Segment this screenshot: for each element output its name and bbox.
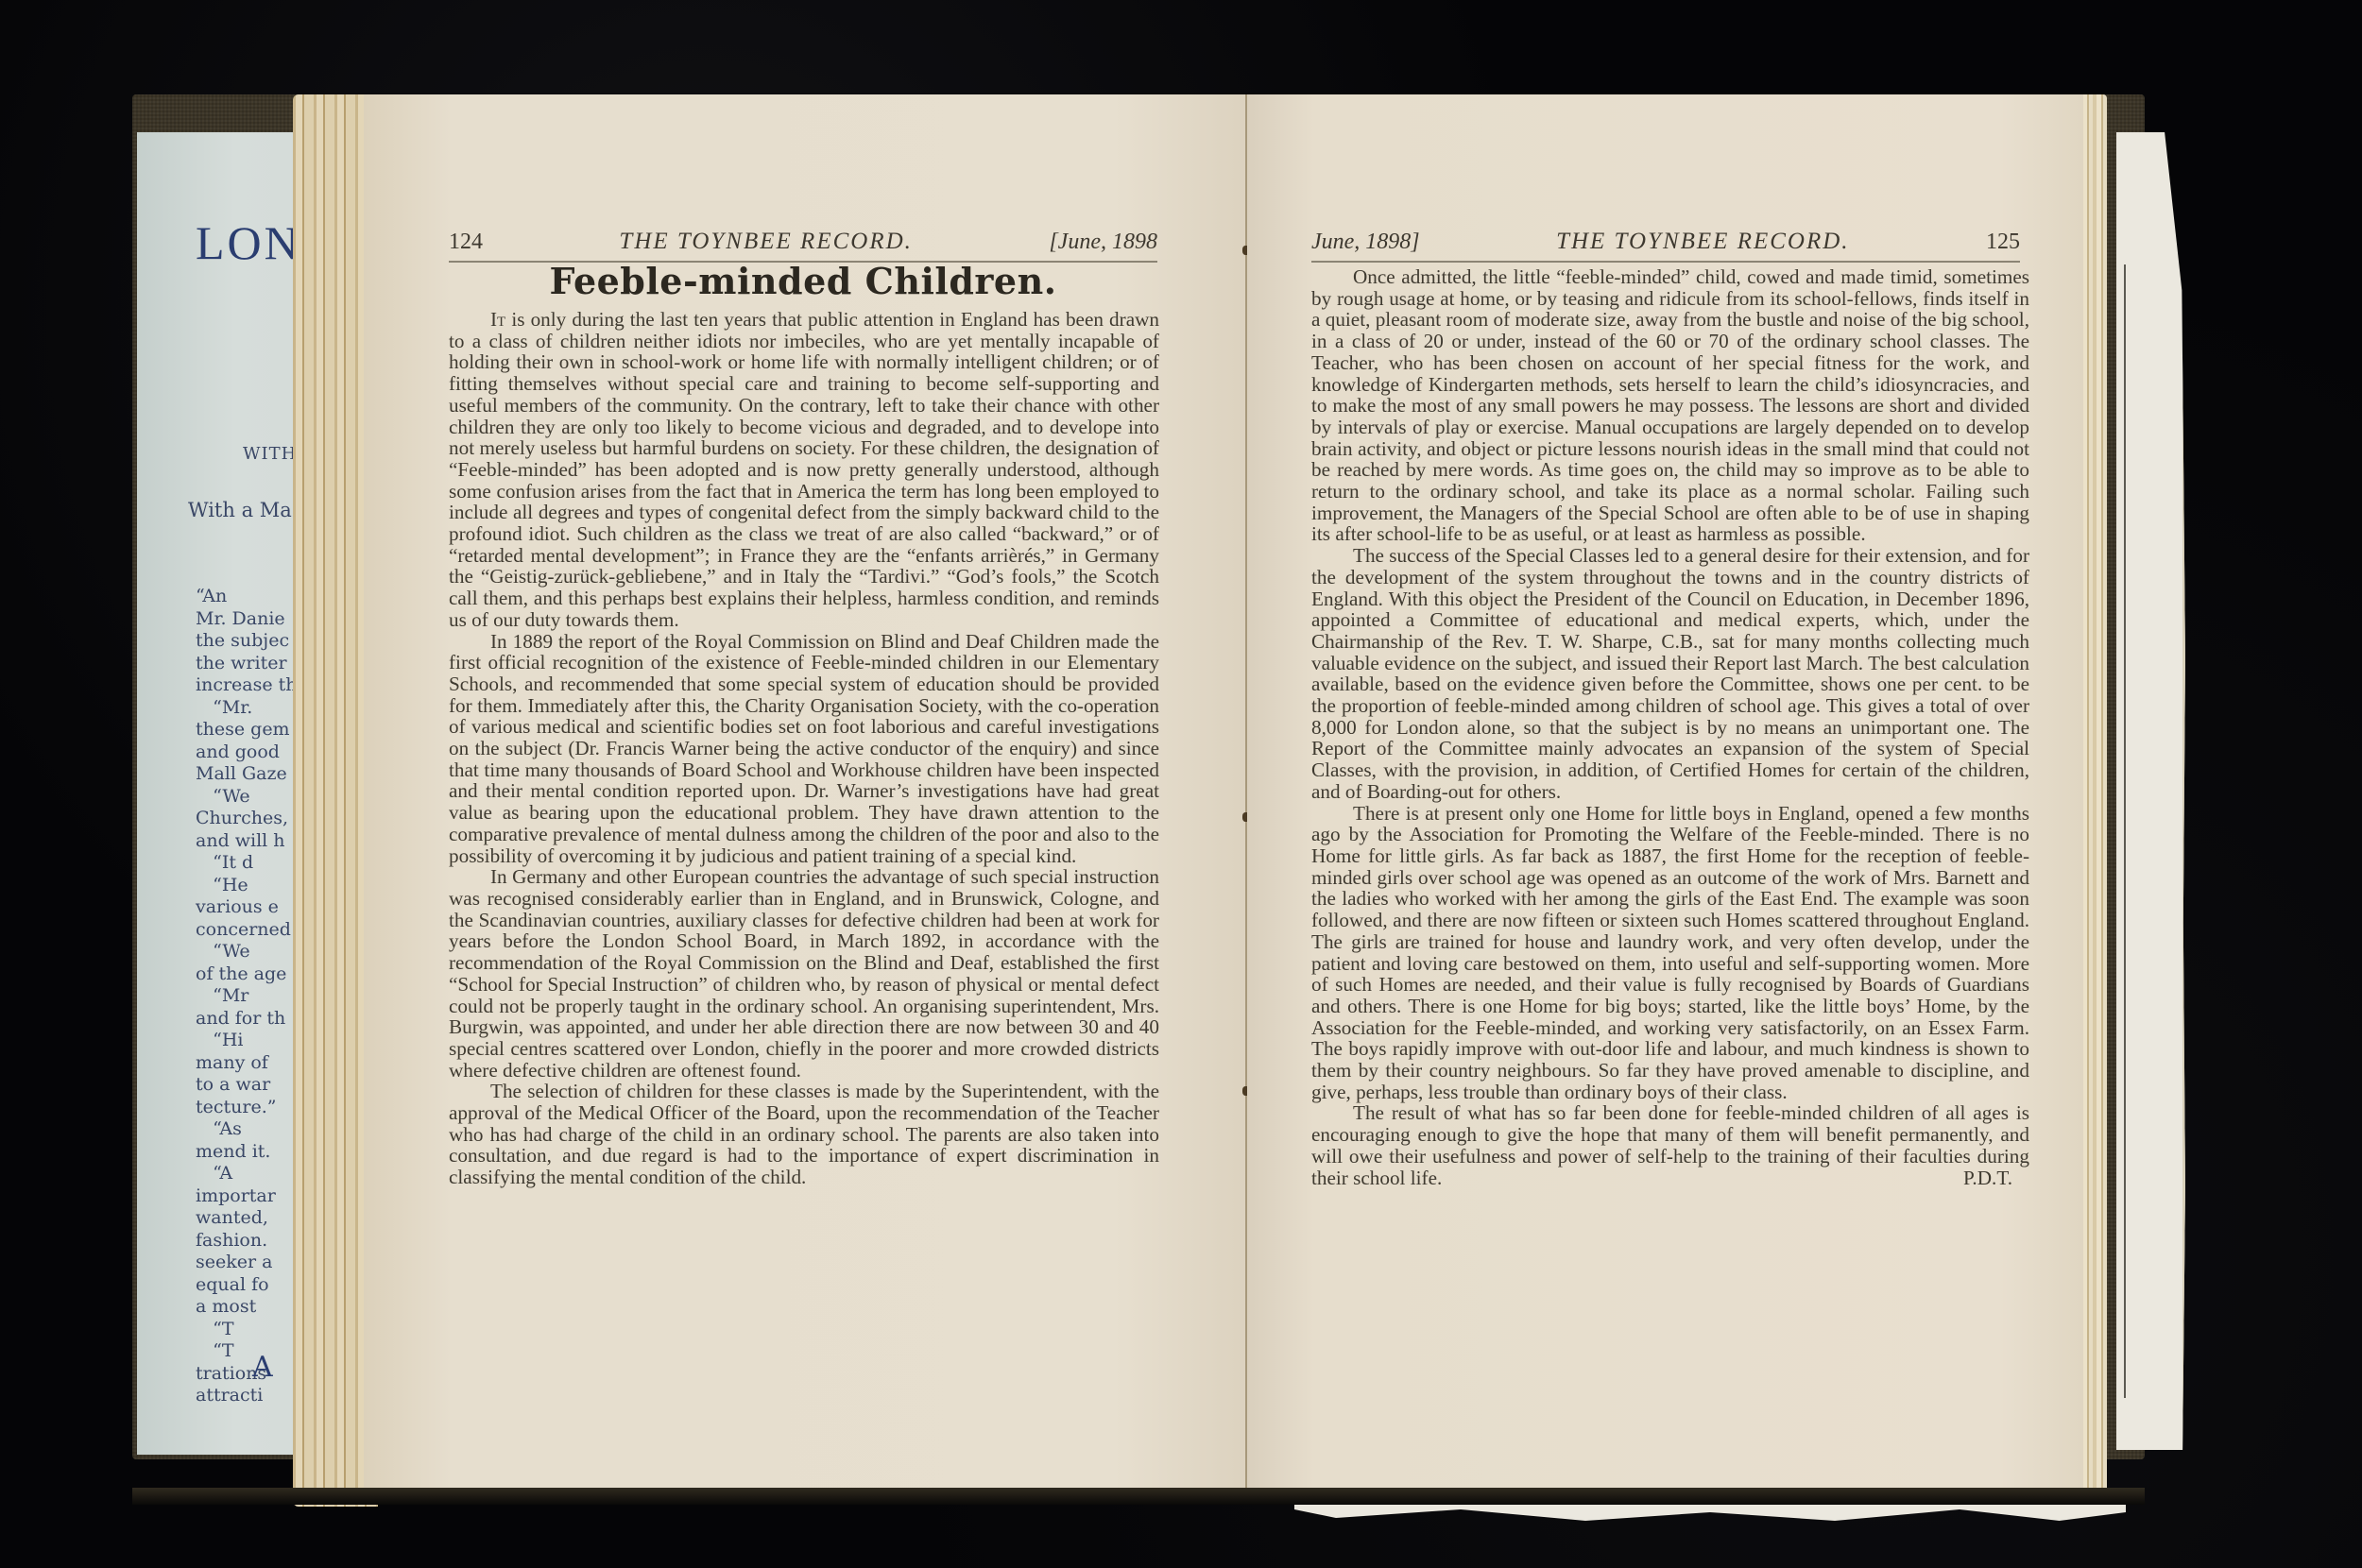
drop-lead: It: [490, 308, 505, 331]
running-header-left: 124 THE TOYNBEE RECORD. [June, 1898: [449, 217, 1157, 263]
leaflet-title: LON: [196, 215, 301, 270]
article-title: Feeble-minded Children.: [449, 260, 1157, 302]
page-125: June, 1898] THE TOYNBEE RECORD. 125 Once…: [1247, 94, 2083, 1492]
leaflet-bottom-letter: A: [252, 1351, 273, 1384]
article-body-left: It is only during the last ten years tha…: [449, 309, 1159, 1188]
paragraph: In 1889 the report of the Royal Commissi…: [449, 631, 1159, 867]
issue-date: June, 1898]: [1311, 230, 1420, 255]
paragraph: The selection of children for these clas…: [449, 1081, 1159, 1188]
paragraph: The result of what has so far been done …: [1311, 1102, 2029, 1188]
paragraph: In Germany and other European countries …: [449, 866, 1159, 1081]
page-124: 124 THE TOYNBEE RECORD. [June, 1898 Feeb…: [364, 94, 1247, 1492]
leaflet-map-line: With a Ma: [188, 499, 292, 521]
paragraph: There is at present only one Home for li…: [1311, 803, 2029, 1103]
paragraph: The success of the Special Classes led t…: [1311, 545, 2029, 802]
running-header-right: June, 1898] THE TOYNBEE RECORD. 125: [1311, 217, 2020, 263]
page-number: 124: [449, 230, 483, 255]
book-bottom-shadow: [132, 1488, 2145, 1505]
insert-frame-line: [2124, 264, 2126, 1398]
paragraph: It is only during the last ten years tha…: [449, 309, 1159, 631]
article-body-right: Once admitted, the little “feeble-minded…: [1311, 266, 2029, 1188]
journal-title: THE TOYNBEE RECORD.: [1556, 229, 1849, 255]
issue-date: [June, 1898: [1049, 230, 1157, 255]
right-inserted-sheet: [2116, 132, 2185, 1450]
paragraph: Once admitted, the little “feeble-minded…: [1311, 266, 2029, 545]
page-number: 125: [1986, 230, 2020, 255]
journal-title: THE TOYNBEE RECORD.: [619, 229, 912, 255]
author-initials: P.D.T.: [1922, 1167, 2012, 1189]
leaflet-subtitle: WITH: [243, 444, 297, 464]
